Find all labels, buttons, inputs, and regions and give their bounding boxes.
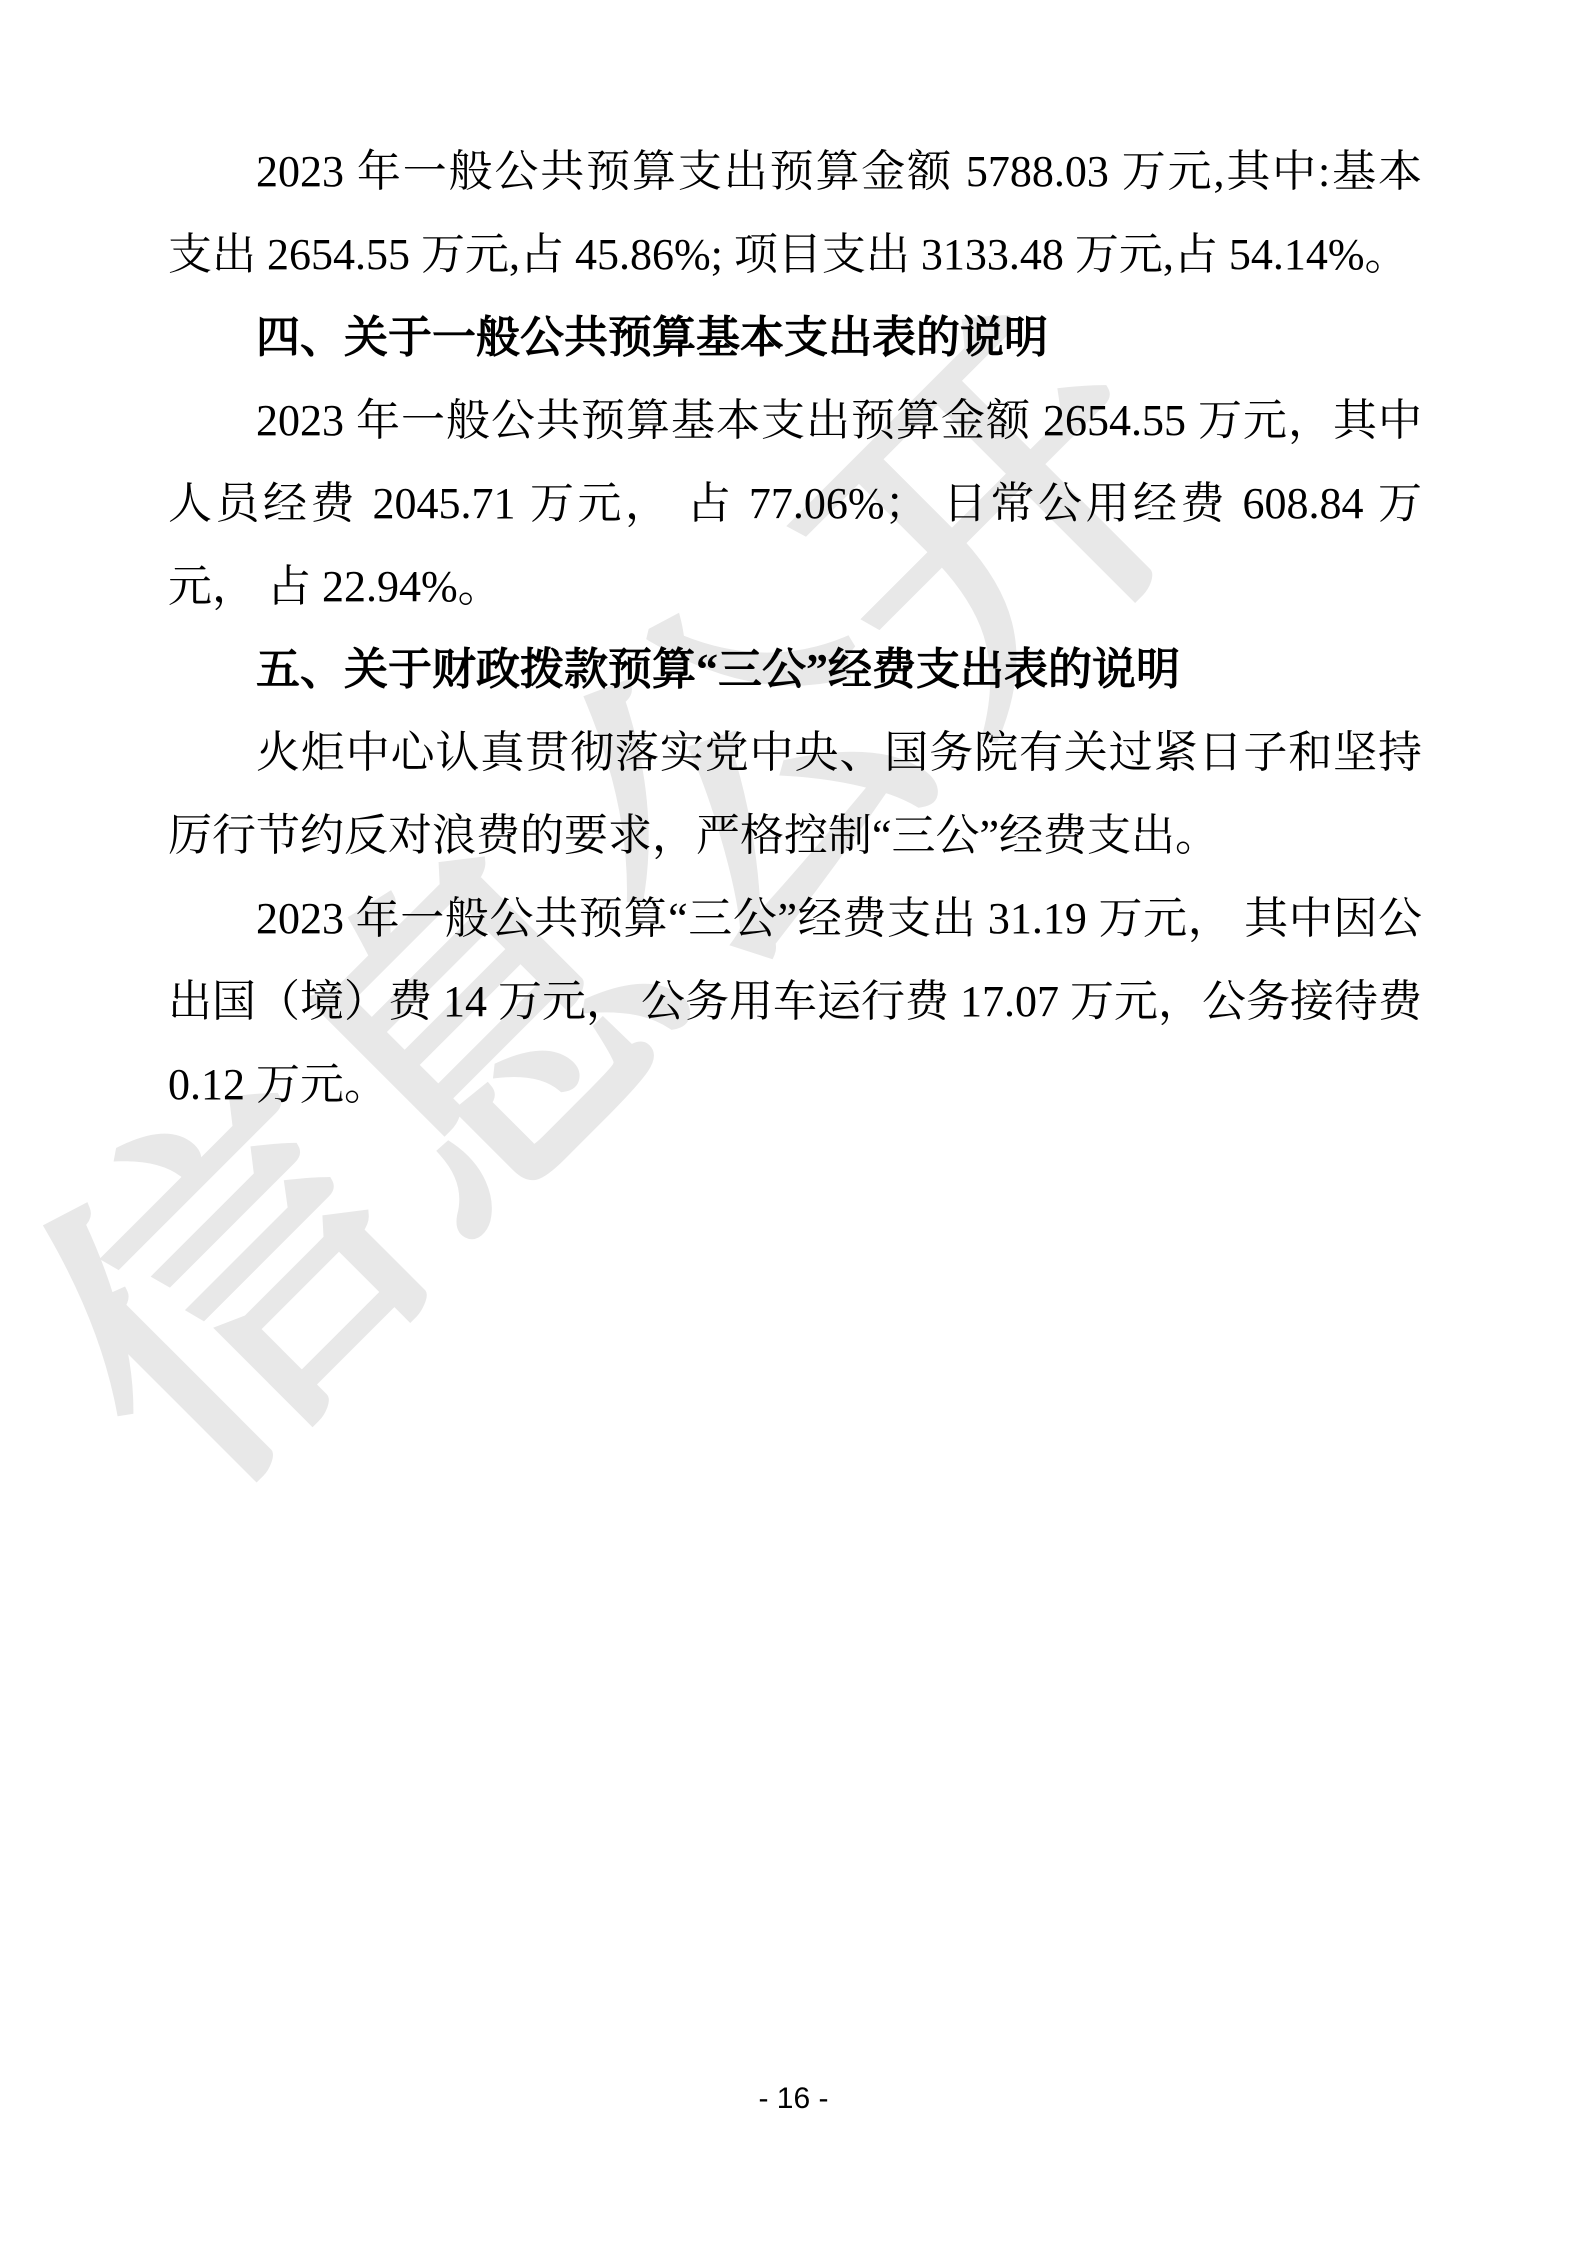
paragraph-basic-expenditure: 2023 年一般公共预算基本支出预算金额 2654.55 万元，其中人员经费 2… bbox=[168, 379, 1422, 628]
heading-section-4: 四、关于一般公共预算基本支出表的说明 bbox=[168, 296, 1422, 379]
document-body: 2023 年一般公共预算支出预算金额 5788.03 万元,其中:基本支出 26… bbox=[168, 130, 1422, 1126]
paragraph-budget-expenditure-total: 2023 年一般公共预算支出预算金额 5788.03 万元,其中:基本支出 26… bbox=[168, 130, 1422, 296]
heading-section-5: 五、关于财政拨款预算“三公”经费支出表的说明 bbox=[168, 628, 1422, 711]
page-number: - 16 - bbox=[0, 2082, 1587, 2116]
paragraph-three-public-expenses: 2023 年一般公共预算“三公”经费支出 31.19 万元， 其中因公出国（境）… bbox=[168, 877, 1422, 1126]
paragraph-austerity-policy: 火炬中心认真贯彻落实党中央、国务院有关过紧日子和坚持厉行节约反对浪费的要求，严格… bbox=[168, 711, 1422, 877]
document-page: 信息公开 2023 年一般公共预算支出预算金额 5788.03 万元,其中:基本… bbox=[0, 0, 1587, 2245]
